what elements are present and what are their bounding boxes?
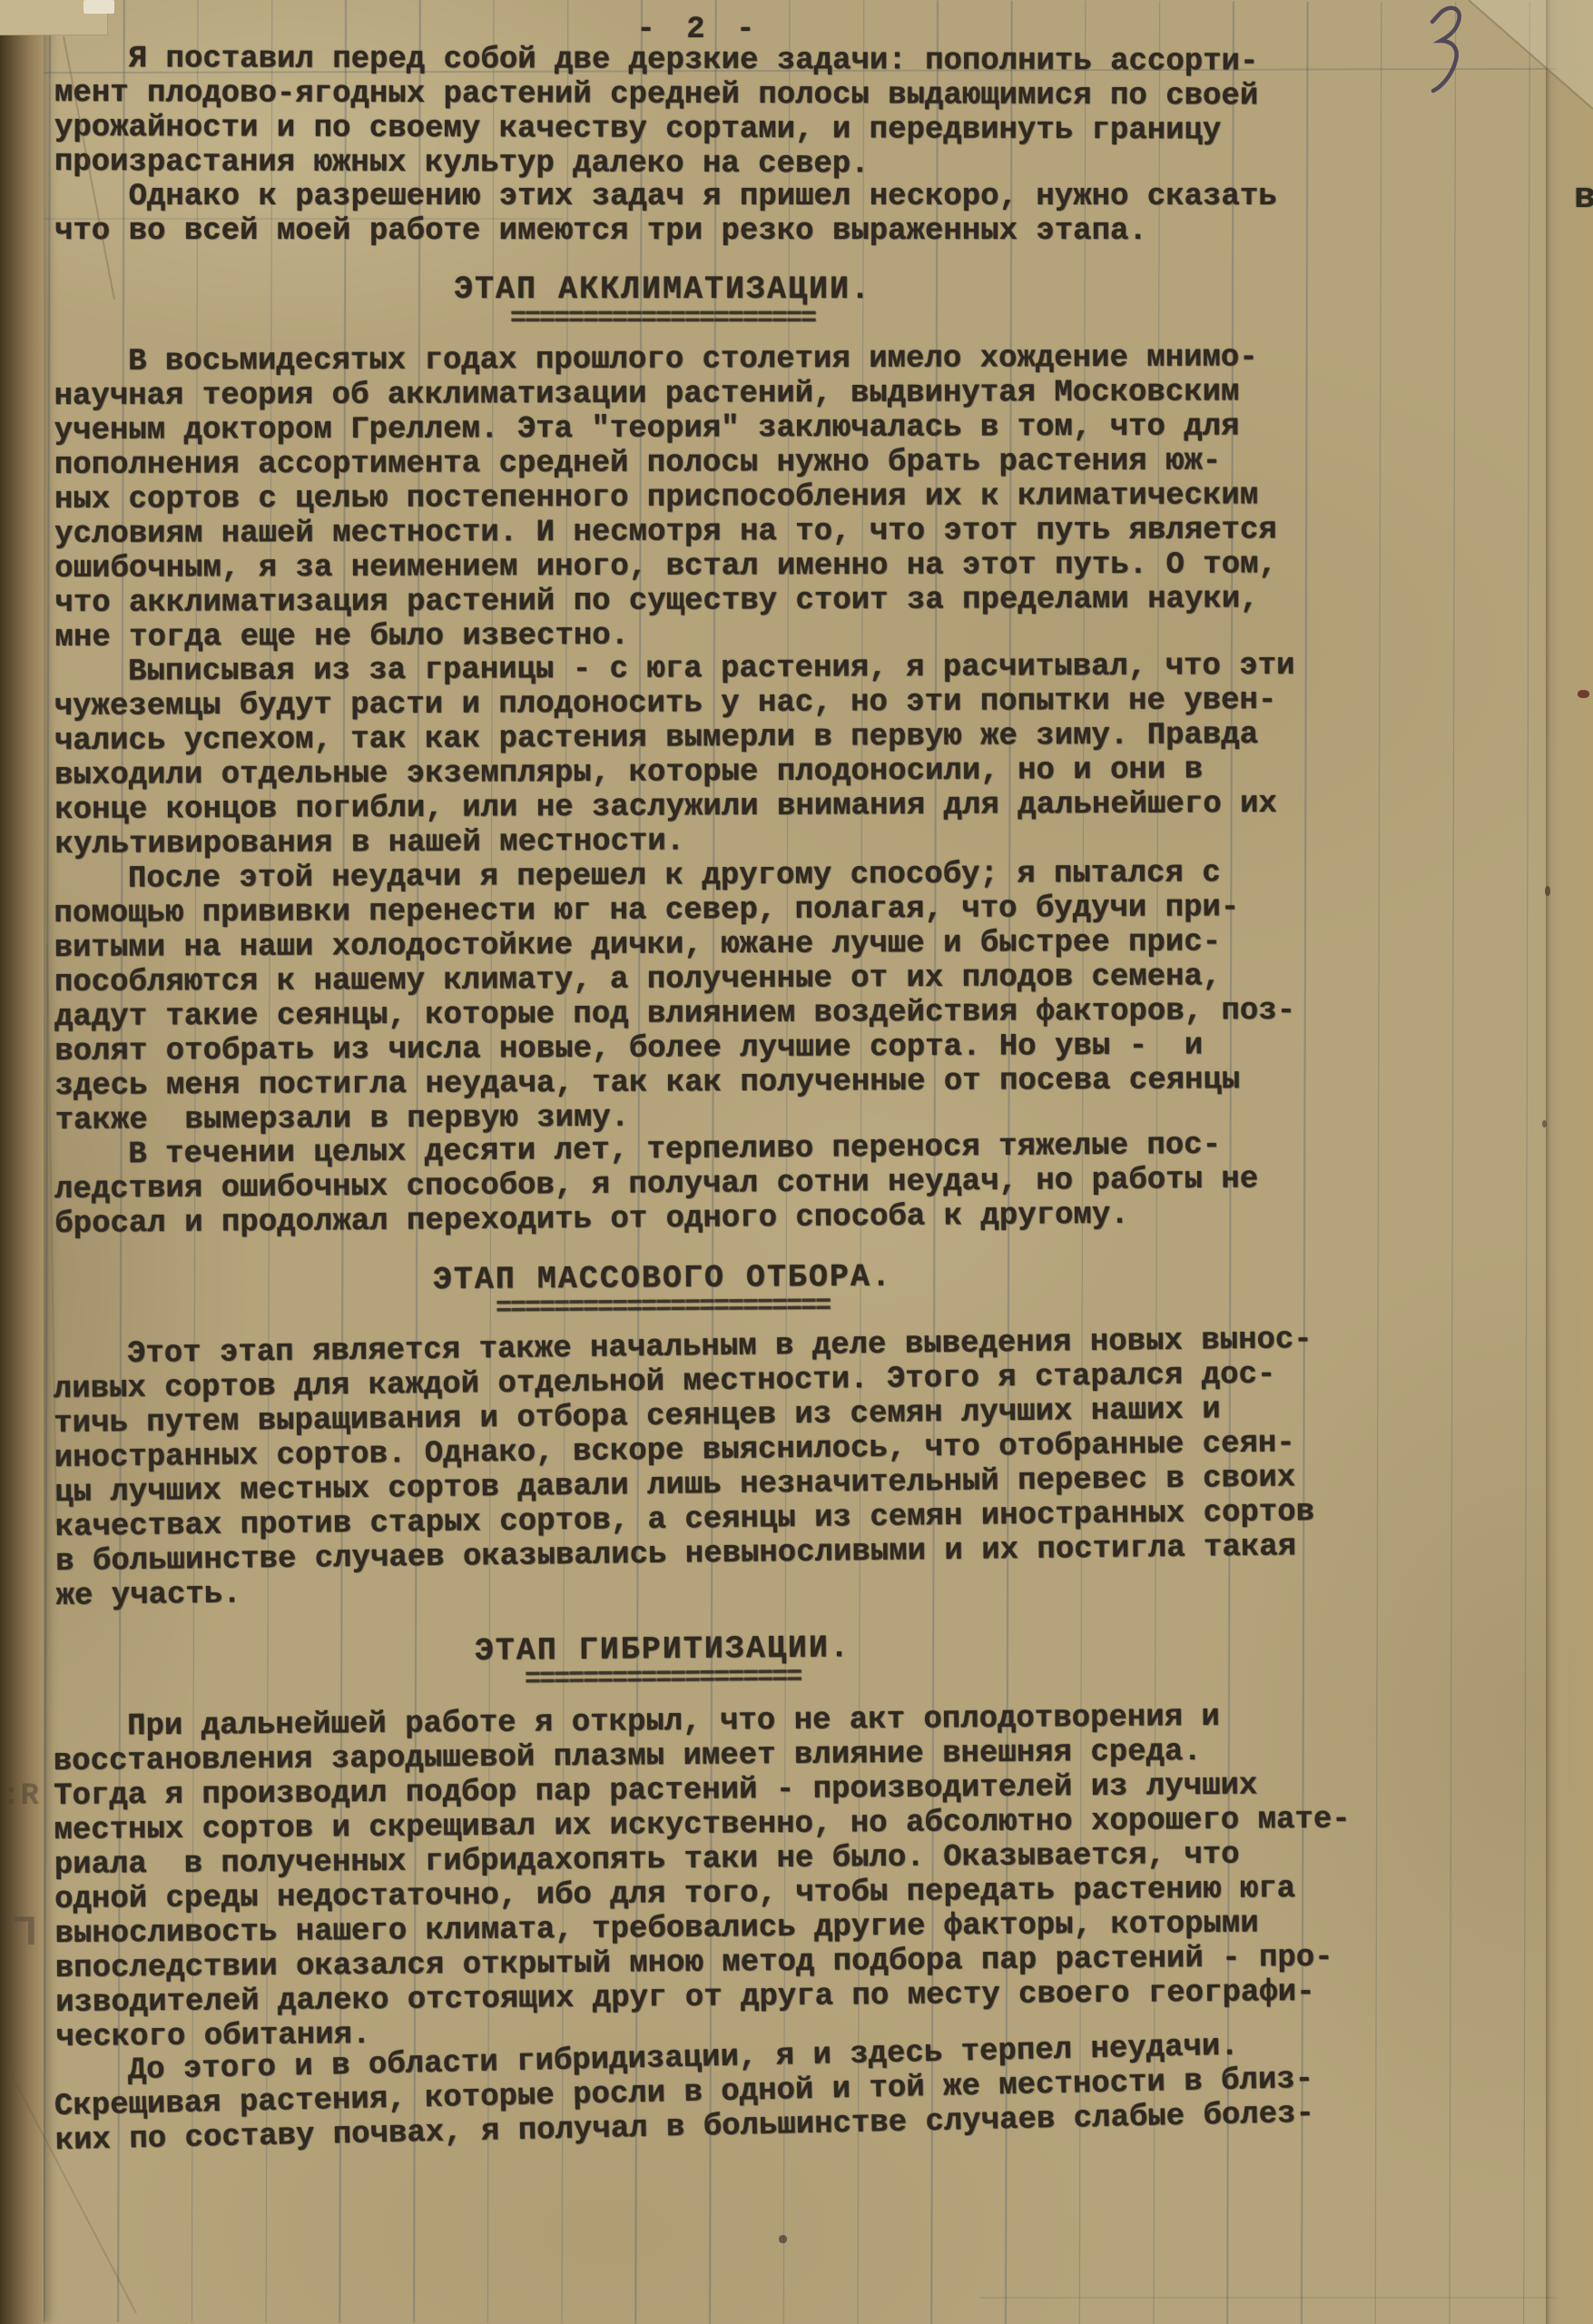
typed-text-block: Я поставил перед собой две дерзкие задач… bbox=[54, 42, 1380, 2159]
edge-speck bbox=[1542, 1120, 1547, 1128]
right-edge-letter: в bbox=[1574, 178, 1593, 219]
paragraph: Выписывая из за границы - с юга растения… bbox=[54, 648, 1380, 862]
scanned-document-page: - 2 - Я поставил перед собой две дерзкие… bbox=[0, 0, 1593, 2324]
edge-speck bbox=[1545, 886, 1550, 896]
tape-sliver bbox=[84, 0, 114, 14]
section-heading-block: ЭТАП МАССОВОГО ОТБОРА. =================… bbox=[54, 1257, 1271, 1325]
binding-edge bbox=[0, 0, 44, 2324]
paragraph: В течении целых десяти лет, терпеливо пе… bbox=[54, 1127, 1381, 1242]
section-heading-block: ЭТАП ГИБРИТИЗАЦИИ. =================== bbox=[54, 1627, 1272, 1698]
section-heading-block: ЭТАП АККЛИМАТИЗАЦИИ. ===================… bbox=[54, 272, 1271, 332]
heading-underline: ===================== bbox=[54, 305, 1271, 332]
paragraph: Этот этап является также начальным в дел… bbox=[53, 1322, 1382, 1614]
horizontal-rule-bottom bbox=[980, 2297, 1593, 2299]
bleedthrough-mark: Г bbox=[13, 1910, 38, 1957]
bleedthrough-mark: Я: bbox=[2, 1779, 39, 1814]
paragraph: После этой неудачи я перешел к другому с… bbox=[54, 855, 1381, 1138]
paragraph: Однако к разрешению этих задач я пришел … bbox=[54, 180, 1380, 249]
ink-dot bbox=[779, 2235, 787, 2243]
right-page-edge bbox=[1546, 0, 1593, 2324]
paragraph: При дальнейшей работе я открыл, что не а… bbox=[53, 1699, 1381, 2055]
paragraph: В восьмидесятых годах прошлого столетия … bbox=[54, 340, 1380, 655]
paragraph: Я поставил перед собой две дерзкие задач… bbox=[54, 42, 1380, 183]
red-ink-speck bbox=[1578, 690, 1589, 698]
section-heading: ЭТАП АККЛИМАТИЗАЦИИ. bbox=[54, 272, 1271, 307]
